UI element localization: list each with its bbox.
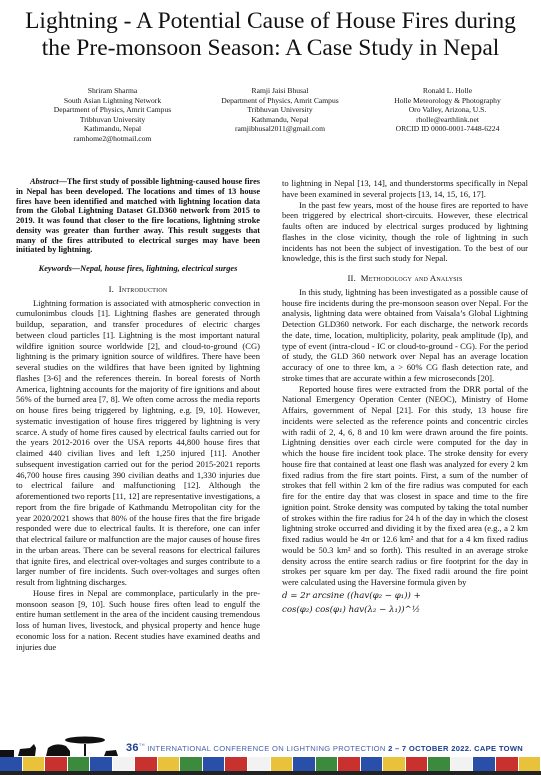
conference-title: 36TH INTERNATIONAL CONFERENCE ON LIGHTNI… bbox=[126, 742, 523, 754]
keywords: Keywords—Nepal, house fires, lightning, … bbox=[16, 264, 260, 275]
author-location: Kathmandu, Nepal bbox=[30, 124, 195, 134]
method-paragraph-2: Reported house fires were extracted from… bbox=[282, 384, 528, 588]
intro-paragraph-1: Lightning formation is associated with a… bbox=[16, 298, 260, 588]
conference-dates: 2 – 7 OCTOBER 2022. CAPE TOWN bbox=[388, 744, 523, 753]
author-affiliation: South Asian Lightning Network bbox=[30, 96, 195, 106]
section-heading-introduction: I. Introduction bbox=[16, 284, 260, 295]
section-heading-methodology: II. Methodology and Analysis bbox=[282, 273, 528, 284]
author-location: Oro Valley, Arizona, U.S. bbox=[365, 105, 530, 115]
author-orcid: ORCID ID 0000-0001-7448-6224 bbox=[365, 124, 530, 134]
author-location: Kathmandu, Nepal bbox=[198, 115, 363, 125]
author-affiliation: Department of Physics, Amrit Campus bbox=[198, 96, 363, 106]
intro-continuation: to lightning in Nepal [13, 14], and thun… bbox=[282, 178, 528, 200]
decorative-pattern-strip bbox=[0, 757, 541, 771]
bottom-bar bbox=[0, 771, 541, 775]
title-line-1: Lightning - A Potential Cause of House F… bbox=[0, 8, 541, 35]
author-name: Shriram Sharma bbox=[30, 86, 195, 96]
intro-paragraph-3: In the past few years, most of the house… bbox=[282, 200, 528, 265]
author-name: Ramji Jaisi Bhusal bbox=[198, 86, 363, 96]
wildlife-silhouette-icon bbox=[0, 736, 130, 758]
paper-title: Lightning - A Potential Cause of House F… bbox=[0, 8, 541, 62]
author-email[interactable]: rholle@earthlink.net bbox=[365, 115, 530, 125]
author-affiliation: Holle Meteorology & Photography bbox=[365, 96, 530, 106]
abstract-label: Abstract bbox=[30, 177, 59, 186]
author-2: Ramji Jaisi Bhusal Department of Physics… bbox=[198, 86, 363, 144]
intro-paragraph-2: House fires in Nepal are commonplace, pa… bbox=[16, 588, 260, 653]
formula-line-1: d = 2r arcsine ((hav(φ₂ − φ₁)) + bbox=[282, 589, 528, 603]
author-affiliation: Tribhuvan University bbox=[198, 105, 363, 115]
author-block: Shriram Sharma South Asian Lightning Net… bbox=[30, 86, 530, 144]
author-name: Ronald L. Holle bbox=[365, 86, 530, 96]
author-1: Shriram Sharma South Asian Lightning Net… bbox=[30, 86, 195, 144]
author-affiliation: Department of Physics, Amrit Campus bbox=[30, 105, 195, 115]
conference-name: INTERNATIONAL CONFERENCE ON LIGHTNING PR… bbox=[147, 744, 385, 753]
author-email[interactable]: ramhome2@hotmail.com bbox=[30, 134, 195, 144]
abstract: Abstract—The first study of possible lig… bbox=[16, 177, 260, 255]
right-column: to lightning in Nepal [13, 14], and thun… bbox=[282, 178, 528, 617]
author-3: Ronald L. Holle Holle Meteorology & Phot… bbox=[365, 86, 530, 144]
author-affiliation: Tribhuvan University bbox=[30, 115, 195, 125]
formula-line-2: cos(φ₂) cos(φ₁) hav(λ₂ − λ₁))^½ bbox=[282, 603, 528, 617]
title-line-2: the Pre-monsoon Season: A Case Study in … bbox=[0, 35, 541, 62]
author-email[interactable]: ramjibhusal2011@gmail.com bbox=[198, 124, 363, 134]
abstract-text: —The first study of possible lightning-c… bbox=[16, 177, 260, 254]
method-paragraph-1: In this study, lightning has been invest… bbox=[282, 287, 528, 384]
haversine-formula: d = 2r arcsine ((hav(φ₂ − φ₁)) + cos(φ₂)… bbox=[282, 589, 528, 617]
left-column: Abstract—The first study of possible lig… bbox=[16, 177, 260, 652]
